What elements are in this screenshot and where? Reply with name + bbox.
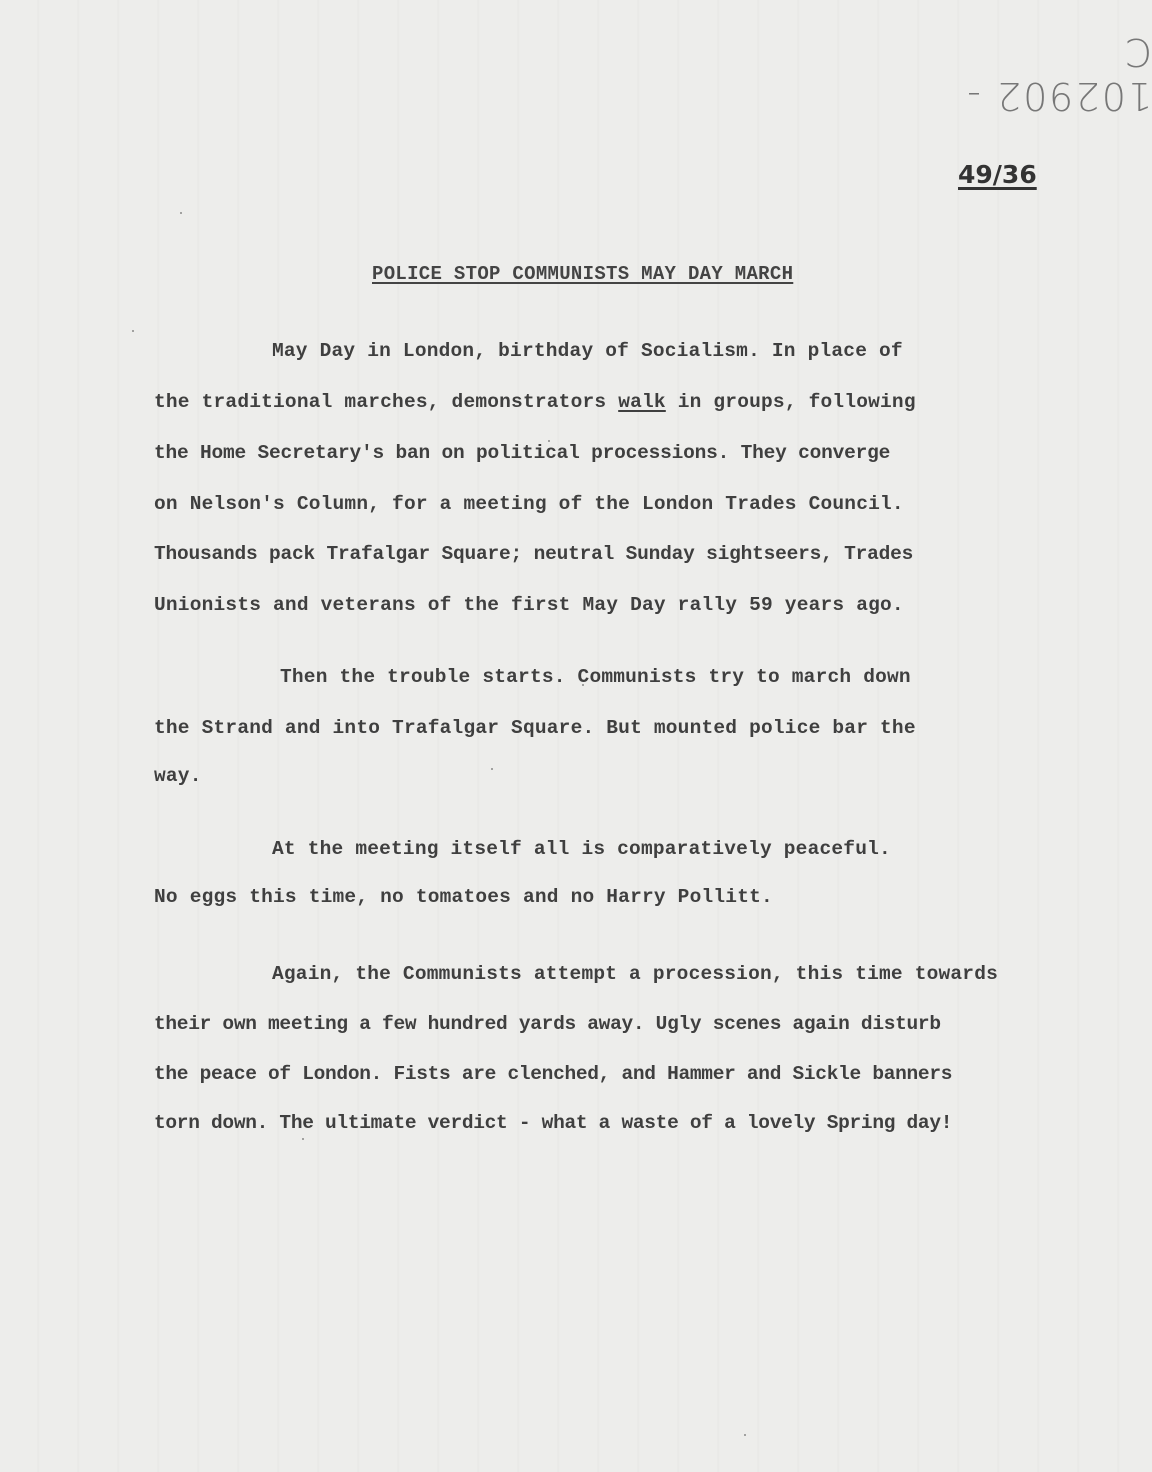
scan-speck	[491, 768, 493, 770]
paragraph-line: Then the trouble starts. Communists try …	[280, 666, 911, 688]
paragraph-line: Again, the Communists attempt a processi…	[272, 963, 998, 985]
paragraph-line: torn down. The ultimate verdict - what a…	[154, 1112, 952, 1134]
paragraph-line: way.	[154, 765, 202, 787]
paragraph-line: the peace of London. Fists are clenched,…	[154, 1063, 952, 1085]
scan-speck	[548, 440, 550, 442]
text-segment: in groups, following	[666, 391, 916, 413]
paragraph-line: Thousands pack Trafalgar Square; neutral…	[154, 543, 913, 565]
text-segment: the traditional marches, demonstrators	[154, 391, 618, 413]
document-title: POLICE STOP COMMUNISTS MAY DAY MARCH	[372, 263, 793, 285]
paragraph-line: the traditional marches, demonstrators w…	[154, 391, 916, 413]
underlined-word: walk	[618, 391, 666, 413]
paragraph-line: Unionists and veterans of the first May …	[154, 594, 904, 616]
scan-speck	[302, 1138, 304, 1140]
page-code: 49/36	[958, 160, 1037, 189]
scan-speck	[132, 330, 134, 332]
paragraph-line: At the meeting itself all is comparative…	[272, 838, 891, 860]
paragraph-line: the Home Secretary's ban on political pr…	[154, 442, 890, 464]
paragraph-line: the Strand and into Trafalgar Square. Bu…	[154, 717, 916, 739]
paragraph-line: their own meeting a few hundred yards aw…	[154, 1013, 941, 1035]
paragraph-line: No eggs this time, no tomatoes and no Ha…	[154, 886, 773, 908]
scan-speck	[744, 1434, 746, 1436]
document-page: 102902 - C 49/36 POLICE STOP COMMUNISTS …	[0, 0, 1152, 1472]
paragraph-line: May Day in London, birthday of Socialism…	[272, 340, 903, 362]
scan-speck	[180, 212, 182, 214]
paragraph-line: on Nelson's Column, for a meeting of the…	[154, 493, 904, 515]
scan-speck	[582, 684, 584, 686]
reference-number: 102902 - C	[938, 30, 1152, 118]
